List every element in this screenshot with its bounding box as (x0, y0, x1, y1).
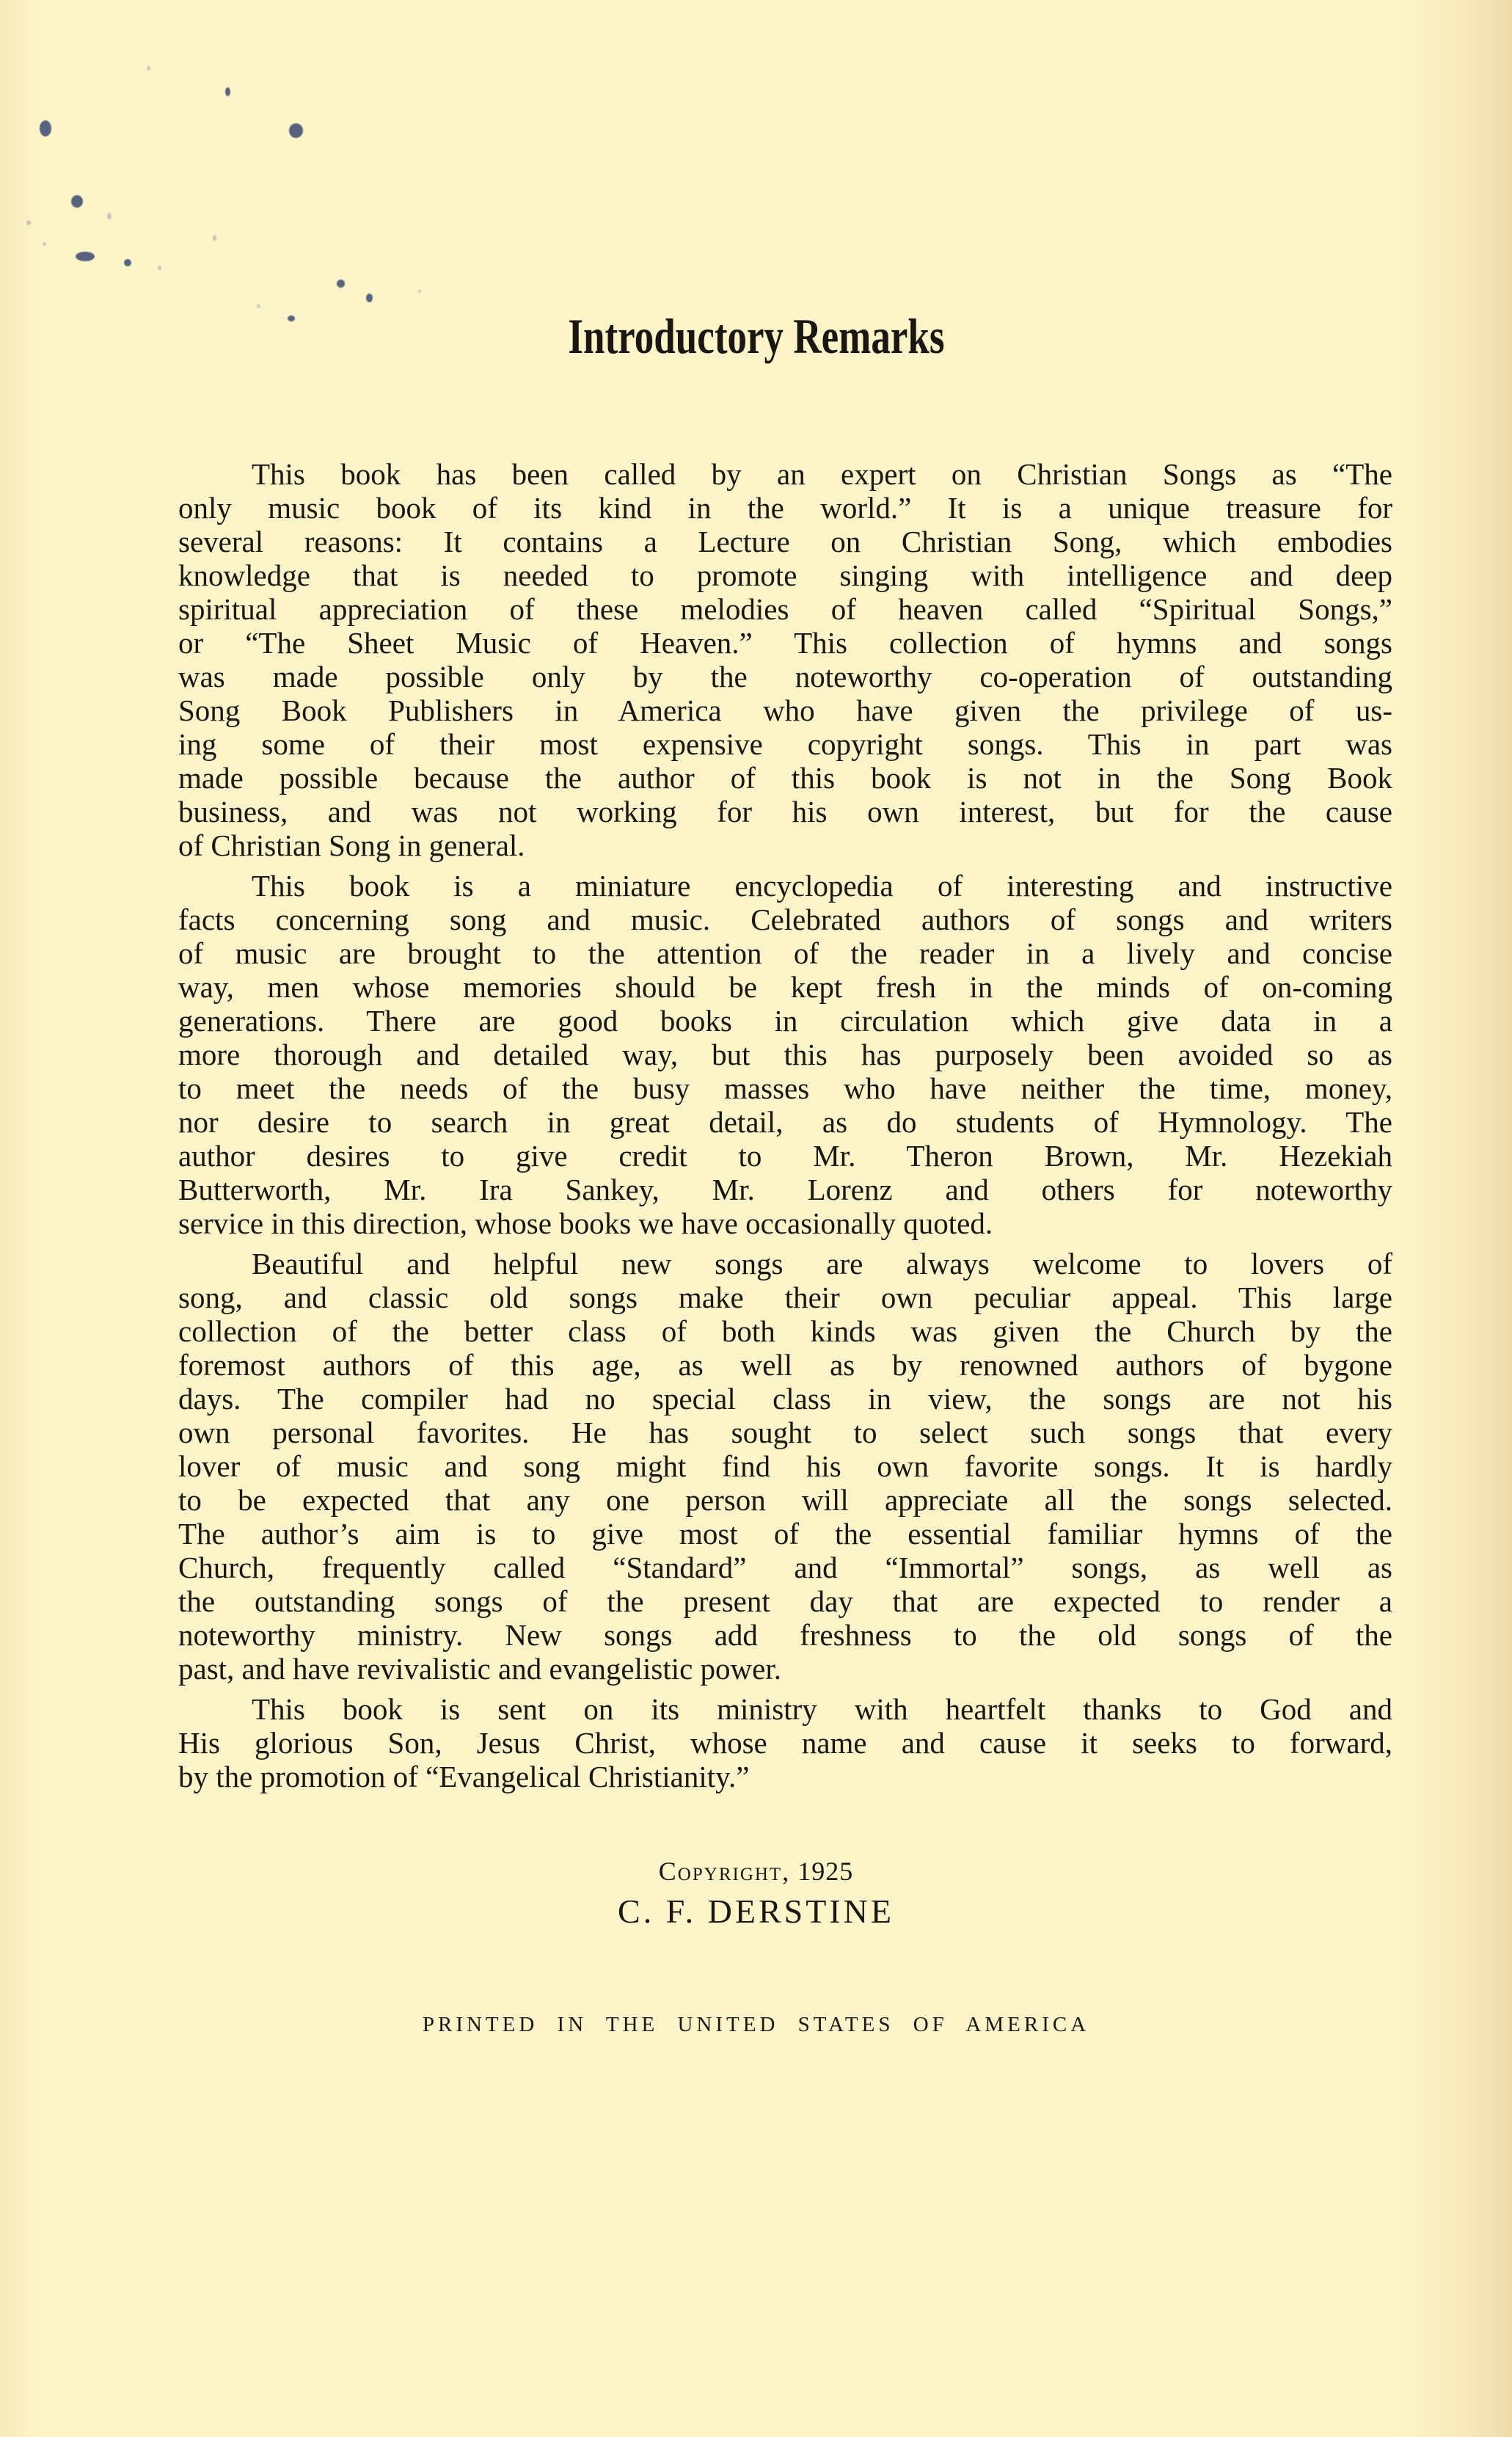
text-line: ing some of their most expensive copyrig… (178, 727, 1392, 761)
text-line: more thorough and detailed way, but this… (178, 1038, 1392, 1071)
text-line: This book is a miniature encyclopedia of… (178, 869, 1392, 903)
text-line: Beautiful and helpful new songs are alwa… (178, 1247, 1392, 1281)
text-line: generations. There are good books in cir… (178, 1004, 1392, 1038)
text-line: Song Book Publishers in America who have… (178, 693, 1392, 727)
paragraph-3: Beautiful and helpful new songs are alwa… (178, 1247, 1392, 1686)
text-line: noteworthy ministry. New songs add fresh… (178, 1618, 1392, 1652)
text-line: lover of music and song might find his o… (178, 1449, 1392, 1483)
text-line: author desires to give credit to Mr. The… (178, 1139, 1392, 1173)
text-line: song, and classic old songs make their o… (178, 1281, 1392, 1314)
text-line: to meet the needs of the busy masses who… (178, 1071, 1392, 1105)
text-line: Butterworth, Mr. Ira Sankey, Mr. Lorenz … (178, 1173, 1392, 1206)
text-line: way, men whose memories should be kept f… (178, 970, 1392, 1004)
text-line: spiritual appreciation of these melodies… (178, 592, 1392, 626)
text-line: service in this direction, whose books w… (178, 1206, 1392, 1240)
text-line: days. The compiler had no special class … (178, 1382, 1392, 1416)
text-line: past, and have revivalistic and evangeli… (178, 1652, 1392, 1686)
paragraph-2: This book is a miniature encyclopedia of… (178, 869, 1392, 1240)
text-line: only music book of its kind in the world… (178, 491, 1392, 525)
copyright-year: 1925 (797, 1857, 853, 1886)
text-line: of Christian Song in general. (178, 828, 1392, 862)
book-page: Introductory Remarks This book has been … (0, 0, 1512, 2437)
text-line: made possible because the author of this… (178, 761, 1392, 795)
page-title-text: Introductory Remarks (568, 307, 944, 365)
printed-in-notice: PRINTED IN THE UNITED STATES OF AMERICA (0, 2012, 1512, 2037)
text-line: by the promotion of “Evangelical Christi… (178, 1760, 1392, 1793)
text-line: or “The Sheet Music of Heaven.” This col… (178, 626, 1392, 660)
text-line: business, and was not working for his ow… (178, 795, 1392, 828)
paragraph-4: This book is sent on its ministry with h… (178, 1692, 1392, 1793)
text-line: Church, frequently called “Standard” and… (178, 1551, 1392, 1584)
text-line: knowledge that is needed to promote sing… (178, 558, 1392, 592)
text-line: the outstanding songs of the present day… (178, 1584, 1392, 1618)
text-line: own personal favorites. He has sought to… (178, 1416, 1392, 1449)
paragraph-1: This book has been called by an expert o… (178, 457, 1392, 862)
text-line: The author’s aim is to give most of the … (178, 1517, 1392, 1551)
author-name: C. F. DERSTINE (0, 1892, 1512, 1931)
text-line: several reasons: It contains a Lecture o… (178, 525, 1392, 558)
text-line: This book is sent on its ministry with h… (178, 1692, 1392, 1726)
copyright-notice: Copyright, 1925 (0, 1855, 1512, 1887)
text-line: His glorious Son, Jesus Christ, whose na… (178, 1726, 1392, 1760)
body-text: This book has been called by an expert o… (178, 457, 1392, 1800)
text-line: to be expected that any one person will … (178, 1483, 1392, 1517)
text-line: nor desire to search in great detail, as… (178, 1105, 1392, 1139)
text-line: was made possible only by the noteworthy… (178, 660, 1392, 693)
page-title: Introductory Remarks (0, 307, 1512, 365)
text-line: foremost authors of this age, as well as… (178, 1348, 1392, 1382)
text-line: of music are brought to the attention of… (178, 936, 1392, 970)
text-line: This book has been called by an expert o… (178, 457, 1392, 491)
copyright-label: Copyright, (659, 1857, 790, 1886)
text-line: collection of the better class of both k… (178, 1314, 1392, 1348)
text-line: facts concerning song and music. Celebra… (178, 903, 1392, 936)
